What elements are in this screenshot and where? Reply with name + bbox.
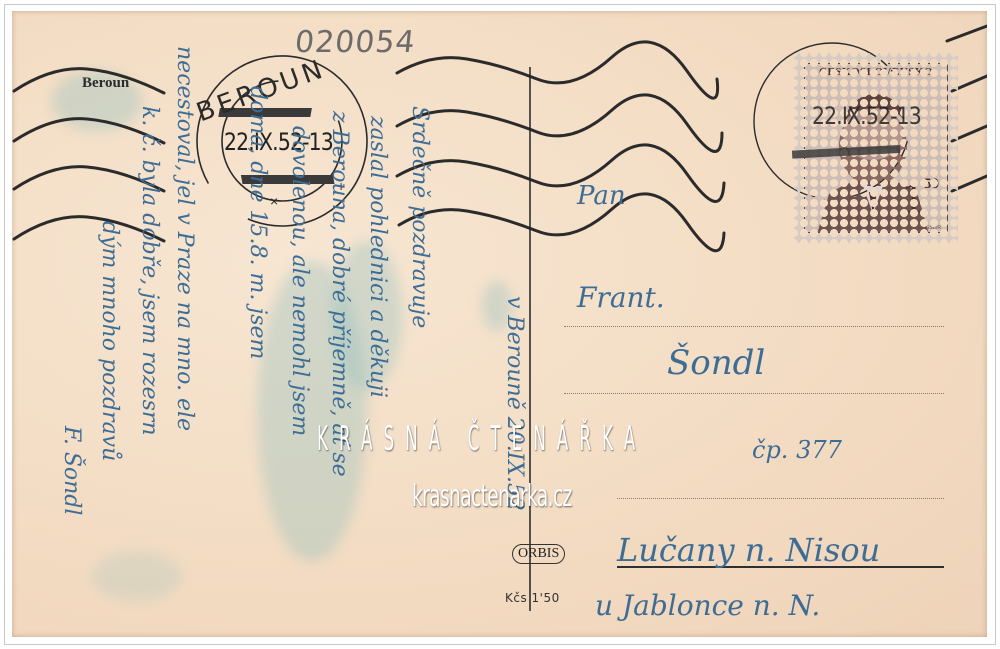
- message-line: k. č. byla dobře, jsem rozesrn: [137, 106, 162, 436]
- publisher-logo: ORBIS: [512, 544, 565, 564]
- address-district: u Jablonce n. N.: [595, 589, 820, 622]
- watermark-url: krasnactenarka.cz: [412, 479, 572, 514]
- address-house-number: čp. 377: [752, 436, 842, 464]
- watermark-title: KRÁSNÁ ČTENÁŘKA: [317, 419, 646, 459]
- address-line: [564, 326, 944, 327]
- address-line: [617, 498, 944, 499]
- address-line: [564, 393, 944, 394]
- message-line: necestoval, jel v Praze na mno. ele: [172, 46, 197, 431]
- postcard: BEROUN × + 020054 Beroun 22.IX.52-13 ČES…: [12, 11, 987, 637]
- message-line: dovolenou, ale nemohl jsem: [287, 126, 312, 436]
- printed-price: Kčs 1'50: [505, 591, 560, 605]
- message-line: zaslal pohlednici a děkuji: [365, 116, 390, 398]
- address-first-name: Frant.: [577, 281, 665, 314]
- message-line: dým mnoho pozdravů: [97, 221, 122, 461]
- address-salutation: Pan: [577, 181, 626, 211]
- message-line: doma, dne 15.8. m. jsem: [245, 86, 270, 359]
- address-surname: Šondl: [667, 343, 765, 383]
- message-line: Srdečně pozdravuje: [407, 106, 432, 328]
- stamp-postmark-date: 22.IX.52-13: [812, 102, 921, 130]
- address-town: Lučany n. Nisou: [617, 531, 880, 569]
- message-signature: F. Šondl: [59, 426, 84, 515]
